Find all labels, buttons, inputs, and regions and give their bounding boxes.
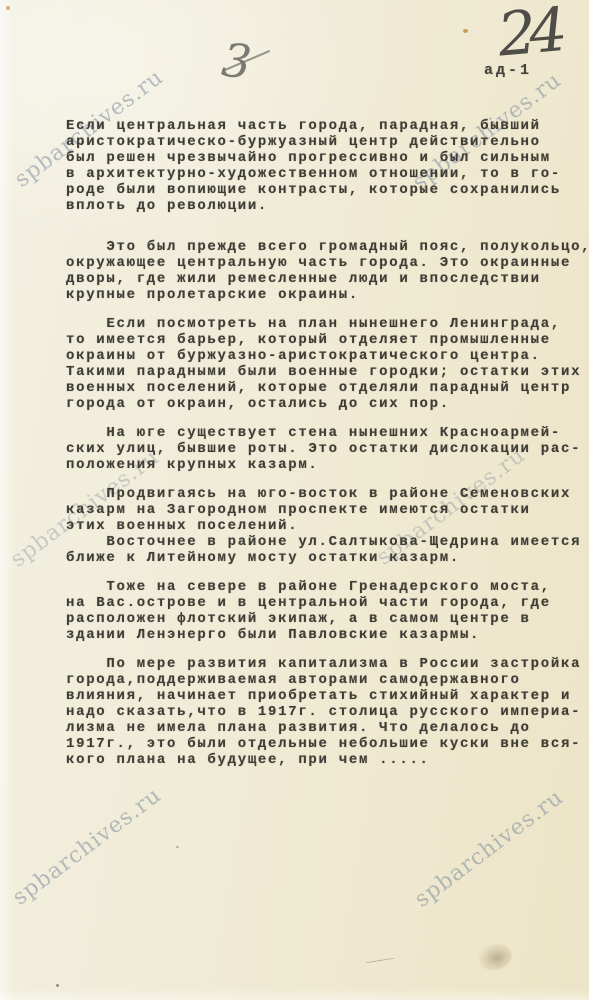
text-line: Тоже на севере в районе Гренадерского мо…	[66, 579, 571, 595]
text-line: лизма не имела плана развития. Что делал…	[66, 720, 571, 736]
text-line: аристократическо-буржуазный центр действ…	[66, 134, 571, 150]
text-line: дворы, где жили ремесленные люди и впосл…	[66, 271, 571, 287]
text-line: кого плана на будущее, при чем .....	[66, 752, 571, 768]
text-line: влияния, начинает приобретать стихийный …	[66, 688, 571, 704]
text-line: то имеется барьер, который отделяет пром…	[66, 332, 571, 348]
text-line: казарм на Загородном проспекте имеются о…	[66, 502, 571, 518]
paragraph: Продвигаясь на юго-восток в районе Семен…	[66, 486, 571, 566]
text-line: военных поселений, которые отделяли пара…	[66, 380, 571, 396]
text-line: крупные пролетарские окраины.	[66, 287, 571, 303]
text-line: вплоть до революции.	[66, 198, 571, 214]
scanned-document-page: spbarchives.ru spbarchives.ru spbarchive…	[0, 0, 589, 1000]
text-line: на Вас.острове и в центральной части гор…	[66, 595, 571, 611]
text-line: Если центральная часть города, парадная,…	[66, 118, 571, 134]
text-line: ближе к Литейному мосту остатки казарм.	[66, 550, 571, 566]
paper-stain	[56, 984, 59, 987]
text-line: этих военных поселений.	[66, 518, 571, 534]
paragraph: Если посмотреть на план нынешнего Ленинг…	[66, 316, 571, 412]
text-line: роде были вопиющие контрасты, которые со…	[66, 182, 571, 198]
text-line: Это был прежде всего громадный пояс, пол…	[66, 239, 571, 255]
text-line: надо сказать,что в 1917г. столица русско…	[66, 704, 571, 720]
text-line: окружающее центральную часть города. Это…	[66, 255, 571, 271]
document-body: Если центральная часть города, парадная,…	[66, 118, 571, 781]
text-line: Продвигаясь на юго-восток в районе Семен…	[66, 486, 571, 502]
text-line: здании Ленэнерго были Павловские казармы…	[66, 627, 571, 643]
text-line: Восточнее в районе ул.Салтыкова-Щедрина …	[66, 534, 571, 550]
watermark: spbarchives.ru	[410, 785, 569, 914]
paper-stain	[463, 29, 468, 33]
paper-scratch	[366, 958, 394, 963]
text-line: расположен флотский экипаж, а в самом це…	[66, 611, 571, 627]
paragraph: Если центральная часть города, парадная,…	[66, 118, 571, 214]
typed-archive-code: ад-1	[484, 62, 532, 79]
paragraph: Тоже на севере в районе Гренадерского мо…	[66, 579, 571, 643]
paragraph: По мере развития капитализма в России за…	[66, 656, 571, 768]
text-line: Если посмотреть на план нынешнего Ленинг…	[66, 316, 571, 332]
text-line: Такими парадными были военные городки; о…	[66, 364, 571, 380]
paper-stain	[6, 6, 10, 10]
text-line: города от окраин, остались до сих пор.	[66, 396, 571, 412]
paper-stain	[176, 846, 179, 848]
text-line: окраины от буржуазно-аристократического …	[66, 348, 571, 364]
paragraph: Это был прежде всего громадный пояс, пол…	[66, 239, 571, 303]
handwritten-page-number: 3	[219, 33, 254, 90]
paragraph: На юге существует стена нынешних Красноа…	[66, 425, 571, 473]
text-line: положения крупных казарм.	[66, 457, 571, 473]
text-line: ских улиц, бывшие роты. Это остатки дисл…	[66, 441, 571, 457]
text-line: в архитектурно-художественном отношении,…	[66, 166, 571, 182]
text-line: города,поддерживаемая авторами самодержа…	[66, 672, 571, 688]
handwritten-folio-number: 24	[495, 0, 563, 71]
watermark: spbarchives.ru	[8, 783, 167, 912]
paper-smudge	[475, 940, 515, 974]
text-line: По мере развития капитализма в России за…	[66, 656, 571, 672]
text-line: 1917г., это были отдельные небольшие кус…	[66, 736, 571, 752]
text-line: На юге существует стена нынешних Красноа…	[66, 425, 571, 441]
text-line: был решен чрезвычайно прогрессивно и был…	[66, 150, 571, 166]
